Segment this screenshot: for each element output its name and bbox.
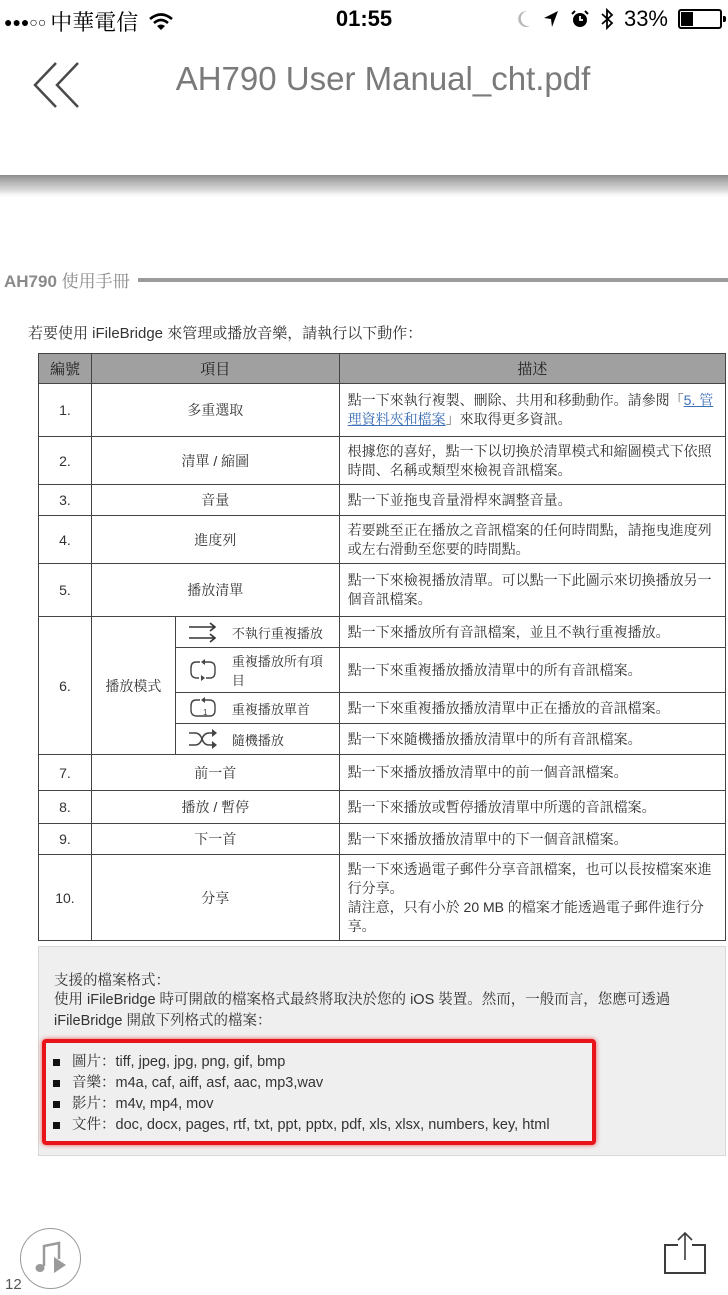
list-item: 圖片：tiff, jpeg, jpg, png, gif, bmp <box>53 1052 550 1073</box>
table-row: 5. 播放清單 點一下來檢視播放清單。可以點一下此圖示來切換播放另一個音訊檔案。 <box>39 564 726 617</box>
status-bar: ●●●○○ 中華電信 01:55 33% <box>0 0 728 40</box>
navigation-bar: AH790 User Manual_cht.pdf <box>0 40 728 175</box>
share-icon[interactable] <box>662 1230 708 1282</box>
table-row: 1. 多重選取 點一下來執行複製、刪除、共用和移動動作。請參閱「5. 管理資料夾… <box>39 384 726 437</box>
supported-formats-box: 支援的檔案格式： 使用 iFileBridge 時可開啟的檔案格式最終將取決於您… <box>38 946 726 1156</box>
formats-description: 使用 iFileBridge 時可開啟的檔案格式最終將取決於您的 iOS 裝置。… <box>54 990 724 1032</box>
shuffle-icon <box>186 728 220 750</box>
status-right: 33% <box>516 6 722 32</box>
header-number: 編號 <box>39 354 92 384</box>
list-item: 音樂：m4a, caf, aiff, asf, aac, mp3,wav <box>53 1073 550 1094</box>
table-row: 9. 下一首 點一下來播放播放清單中的下一個音訊檔案。 <box>39 824 726 855</box>
table-header-row: 編號 項目 描述 <box>39 354 726 384</box>
alarm-icon <box>570 9 590 29</box>
document-title: AH790 User Manual_cht.pdf <box>0 60 728 98</box>
bullet-icon <box>53 1059 60 1066</box>
repeat-all-icon <box>186 659 220 681</box>
moon-icon <box>516 9 532 29</box>
music-player-button[interactable] <box>20 1228 81 1289</box>
formats-list: 圖片：tiff, jpeg, jpg, png, gif, bmp 音樂：m4a… <box>53 1052 550 1136</box>
toolbar-shadow-divider <box>0 175 728 197</box>
svg-text:1: 1 <box>203 708 208 717</box>
bullet-icon <box>53 1101 60 1108</box>
table-row-play-mode: 6. 播放模式 不執行重複播放 點一下來播放所有音訊檔案，並且不執行重複播放。 <box>39 617 726 648</box>
table-row: 7. 前一首 點一下來播放播放清單中的前一個音訊檔案。 <box>39 755 726 791</box>
table-row: 3. 音量 點一下並拖曳音量滑桿來調整音量。 <box>39 485 726 516</box>
table-row: 10. 分享 點一下來透過電子郵件分享音訊檔案，也可以長按檔案來進行分享。請注意… <box>39 855 726 941</box>
manual-brand: AH790 <box>4 272 57 291</box>
no-repeat-icon <box>186 621 220 643</box>
manual-label: 使用手冊 <box>62 272 130 291</box>
intro-text: 若要使用 iFileBridge 來管理或播放音樂，請執行以下動作： <box>28 322 422 343</box>
repeat-one-icon: 1 <box>186 697 220 719</box>
bullet-icon <box>53 1122 60 1129</box>
header-description: 描述 <box>339 354 725 384</box>
page-number: 12 <box>5 1276 22 1293</box>
manual-header: AH790 使用手冊 <box>4 267 728 292</box>
table-row: 4. 進度列 若要跳至正在播放之音訊檔案的任何時間點，請拖曳進度列或左右滑動至您… <box>39 516 726 564</box>
header-item: 項目 <box>91 354 339 384</box>
list-item: 文件：doc, docx, pages, rtf, txt, ppt, pptx… <box>53 1115 550 1136</box>
battery-percent: 33% <box>624 6 668 32</box>
bullet-icon <box>53 1080 60 1087</box>
table-row: 2. 清單 / 縮圖 根據您的喜好，點一下以切換於清單模式和縮圖模式下依照時間、… <box>39 437 726 485</box>
formats-title: 支援的檔案格式： <box>54 969 170 990</box>
music-player-icon <box>21 1229 79 1287</box>
list-item: 影片：m4v, mp4, mov <box>53 1094 550 1115</box>
header-rule <box>138 278 728 282</box>
table-row: 8. 播放 / 暫停 點一下來播放或暫停播放清單中所選的音訊檔案。 <box>39 791 726 824</box>
row-description: 點一下來執行複製、刪除、共用和移動動作。請參閱「5. 管理資料夾和檔案」來取得更… <box>339 384 725 437</box>
features-table: 編號 項目 描述 1. 多重選取 點一下來執行複製、刪除、共用和移動動作。請參閱… <box>38 353 726 941</box>
location-icon <box>542 9 560 29</box>
pdf-page[interactable]: AH790 使用手冊 若要使用 iFileBridge 來管理或播放音樂，請執行… <box>0 197 728 1295</box>
bluetooth-icon <box>600 8 614 30</box>
battery-icon <box>678 9 722 29</box>
